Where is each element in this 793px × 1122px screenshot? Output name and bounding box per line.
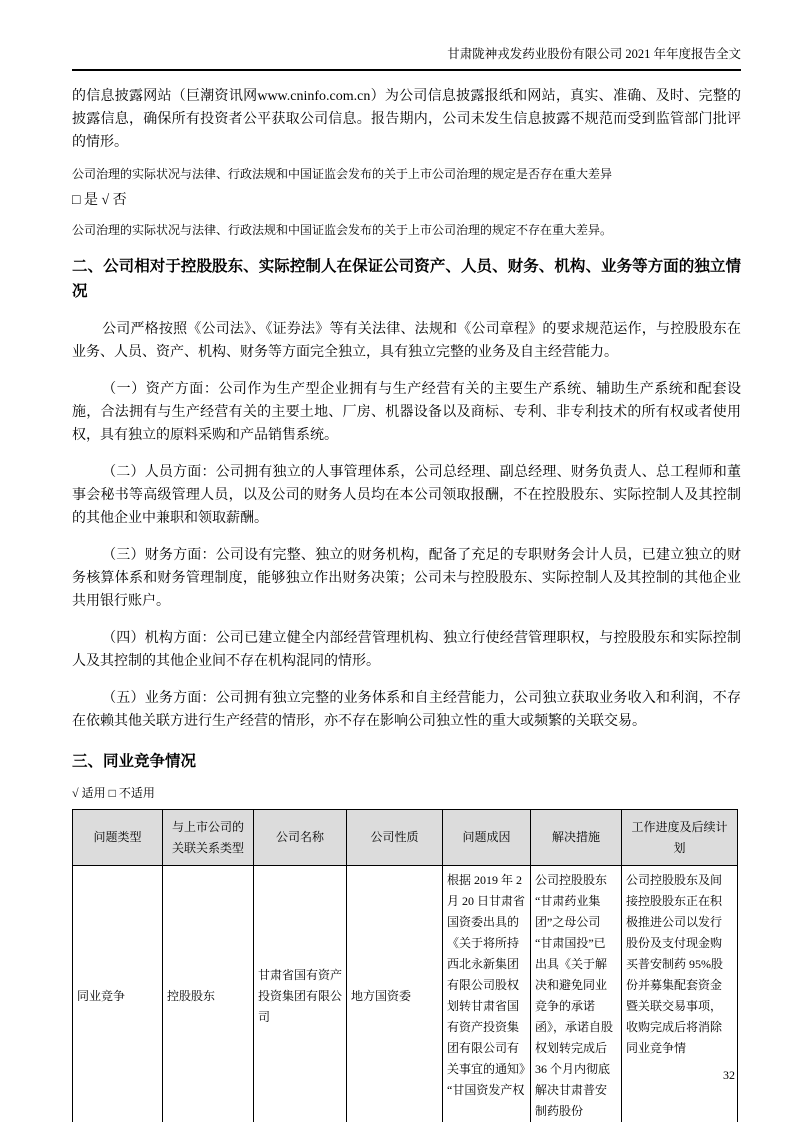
- competition-table-header-row: 问题类型 与上市公司的关联关系类型 公司名称 公司性质 问题成因 解决措施 工作…: [73, 810, 738, 866]
- cell-progress-plan: 公司控股股东及间接控股股东正在积极推进公司以发行股份及支付现金购买普安制药 95…: [622, 866, 738, 1122]
- cell-solution: 公司控股股东“甘肃药业集团”之母公司“甘肃国投”已出具《关于解决和避免同业竞争的…: [531, 866, 622, 1122]
- independence-paragraph-finance: （三）财务方面：公司设有完整、独立的财务机构，配备了充足的专职财务会计人员，已建…: [72, 544, 741, 613]
- competition-applicability: √ 适用 □ 不适用: [72, 785, 741, 801]
- column-header-company-nature: 公司性质: [347, 810, 443, 866]
- independence-paragraph-personnel: （二）人员方面：公司拥有独立的人事管理体系，公司总经理、副总经理、财务负责人、总…: [72, 461, 741, 530]
- column-header-solution: 解决措施: [531, 810, 622, 866]
- cell-issue-cause: 根据 2019 年 2 月 20 日甘肃省国资委出具的《关于将所持西北永新集团有…: [443, 866, 531, 1122]
- disclosure-paragraph: 的信息披露网站（巨潮资讯网www.cninfo.com.cn）为公司信息披露报纸…: [72, 85, 741, 154]
- independence-paragraph-assets: （一）资产方面：公司作为生产型企业拥有与生产经营有关的主要生产系统、辅助生产系统…: [72, 378, 741, 447]
- section-title-competition: 三、同业竞争情况: [72, 749, 741, 774]
- cell-company-name: 甘肃省国有资产投资集团有限公司: [254, 866, 347, 1122]
- table-row: 同业竞争 控股股东 甘肃省国有资产投资集团有限公司 地方国资委 根据 2019 …: [73, 866, 738, 1122]
- page-number: 32: [723, 1068, 735, 1083]
- independence-paragraph-overview: 公司严格按照《公司法》、《证券法》等有关法律、法规和《公司章程》的要求规范运作，…: [72, 318, 741, 364]
- governance-choice: □ 是 √ 否: [72, 191, 741, 210]
- column-header-progress-plan: 工作进度及后续计划: [622, 810, 738, 866]
- competition-table: 问题类型 与上市公司的关联关系类型 公司名称 公司性质 问题成因 解决措施 工作…: [72, 809, 738, 1122]
- governance-answer: 公司治理的实际状况与法律、行政法规和中国证监会发布的关于上市公司治理的规定不存在…: [72, 222, 741, 238]
- column-header-issue-type: 问题类型: [73, 810, 163, 866]
- column-header-issue-cause: 问题成因: [443, 810, 531, 866]
- cell-issue-type: 同业竞争: [73, 866, 163, 1122]
- cell-relationship-type: 控股股东: [163, 866, 254, 1122]
- report-header-title: 甘肃陇神戎发药业股份有限公司 2021 年年度报告全文: [72, 46, 741, 71]
- independence-paragraph-organization: （四）机构方面：公司已建立健全内部经营管理机构、独立行使经营管理职权，与控股股东…: [72, 627, 741, 673]
- cell-company-nature: 地方国资委: [347, 866, 443, 1122]
- column-header-relationship-type: 与上市公司的关联关系类型: [163, 810, 254, 866]
- section-title-independence: 二、公司相对于控股股东、实际控制人在保证公司资产、人员、财务、机构、业务等方面的…: [72, 254, 741, 304]
- report-page: 甘肃陇神戎发药业股份有限公司 2021 年年度报告全文 的信息披露网站（巨潮资讯…: [0, 0, 793, 1122]
- governance-question: 公司治理的实际状况与法律、行政法规和中国证监会发布的关于上市公司治理的规定是否存…: [72, 166, 741, 182]
- column-header-company-name: 公司名称: [254, 810, 347, 866]
- independence-paragraph-business: （五）业务方面：公司拥有独立完整的业务体系和自主经营能力，公司独立获取业务收入和…: [72, 687, 741, 733]
